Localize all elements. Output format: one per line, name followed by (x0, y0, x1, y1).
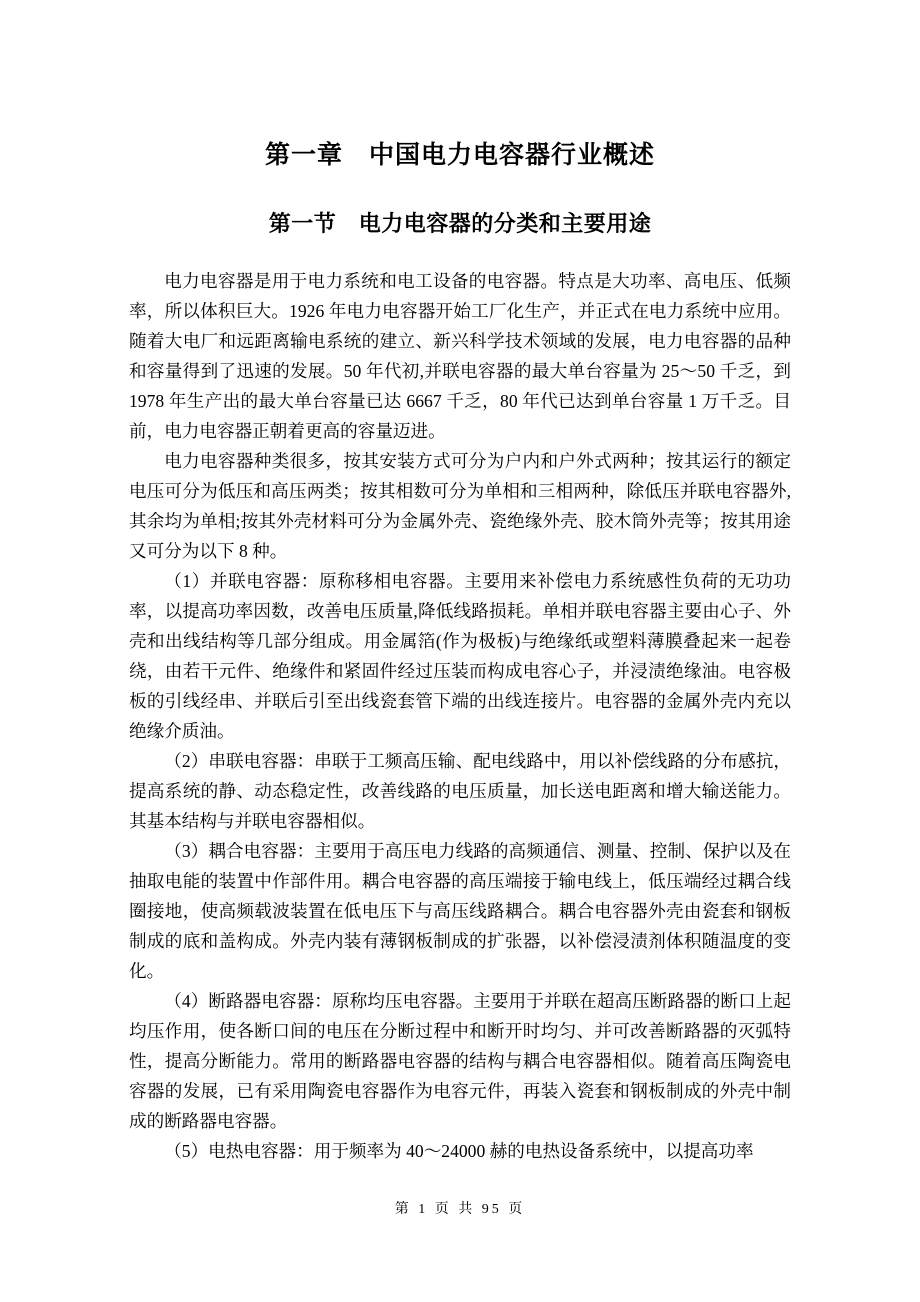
paragraph-classification: 电力电容器种类很多，按其安装方式可分为户内和户外式两种；按其运行的额定电压可分为… (129, 446, 791, 566)
paragraph-item-4-breaker-capacitor: （4）断路器电容器：原称均压电容器。主要用于并联在超高压断路器的断口上起均压作用… (129, 986, 791, 1136)
document-page: 第一章 中国电力电容器行业概述 第一节 电力电容器的分类和主要用途 电力电容器是… (0, 0, 920, 1302)
paragraph-item-1-shunt-capacitor: （1）并联电容器：原称移相电容器。主要用来补偿电力系统感性负荷的无功功率，以提高… (129, 566, 791, 746)
chapter-title: 第一章 中国电力电容器行业概述 (0, 139, 920, 173)
paragraph-item-3-coupling-capacitor: （3）耦合电容器：主要用于高压电力线路的高频通信、测量、控制、保护以及在抽取电能… (129, 836, 791, 986)
page-number: 第 1 页 共 95 页 (0, 1201, 920, 1219)
paragraph-item-5-electric-heat-capacitor: （5）电热电容器：用于频率为 40～24000 赫的电热设备系统中，以提高功率 (129, 1136, 791, 1166)
paragraph-item-2-series-capacitor: （2）串联电容器：串联于工频高压输、配电线路中，用以补偿线路的分布感抗，提高系统… (129, 746, 791, 836)
paragraph-intro: 电力电容器是用于电力系统和电工设备的电容器。特点是大功率、高电压、低频率，所以体… (129, 266, 791, 446)
section-title: 第一节 电力电容器的分类和主要用途 (0, 209, 920, 239)
document-body: 电力电容器是用于电力系统和电工设备的电容器。特点是大功率、高电压、低频率，所以体… (129, 266, 791, 1166)
